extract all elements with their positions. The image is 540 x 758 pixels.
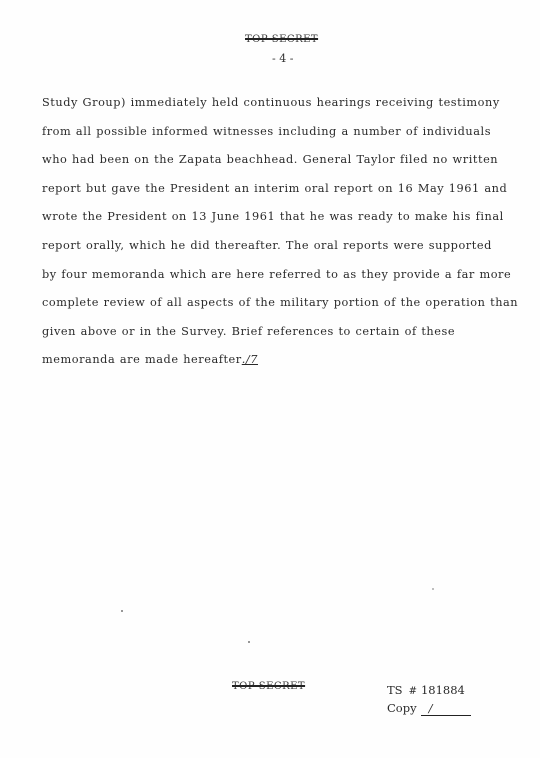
ts-label: TS — [387, 683, 403, 697]
document-page: TOP SECRET - 4 - Study Group) immediatel… — [0, 0, 540, 758]
control-number-block: TS#181884 Copy/ — [387, 682, 471, 716]
copy-line: Copy/ — [387, 700, 471, 716]
hash-symbol: # — [409, 684, 417, 700]
copy-number: / — [421, 702, 471, 716]
body-line: report orally, which he did thereafter. … — [42, 236, 522, 265]
copy-label: Copy — [387, 701, 417, 715]
body-line: who had been on the Zapata beachhead. Ge… — [42, 150, 522, 179]
page-number: - 4 - — [272, 52, 293, 65]
body-line: from all possible informed witnesses inc… — [42, 122, 522, 151]
body-line-last: memoranda are made hereafter./7 — [42, 350, 522, 379]
body-line-last-text: memoranda are made hereafter — [42, 353, 242, 366]
body-line: report but gave the President an interim… — [42, 179, 522, 208]
paper-speck — [432, 588, 434, 590]
paper-speck — [248, 641, 250, 643]
body-line: wrote the President on 13 June 1961 that… — [42, 207, 522, 236]
body-line: by four memoranda which are here referre… — [42, 265, 522, 294]
paper-speck — [121, 610, 123, 612]
header-classification-marking: TOP SECRET — [245, 34, 318, 45]
body-line: Study Group) immediately held continuous… — [42, 93, 522, 122]
body-line: complete review of all aspects of the mi… — [42, 293, 522, 322]
footer-classification-marking: TOP SECRET — [232, 681, 305, 692]
footnote-reference: ./7 — [242, 353, 258, 366]
ts-number-line: TS#181884 — [387, 682, 471, 700]
body-line: given above or in the Survey. Brief refe… — [42, 322, 522, 351]
ts-number: 181884 — [421, 683, 465, 697]
body-paragraph: Study Group) immediately held continuous… — [42, 93, 522, 379]
